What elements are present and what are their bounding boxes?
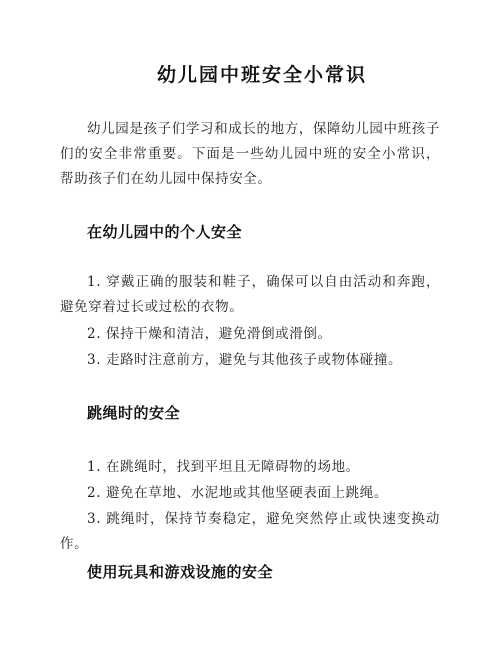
- section-heading-personal-safety: 在幼儿园中的个人安全: [87, 221, 242, 243]
- list-item: 2. 避免在草地、水泥地或其他坚硬表面上跳绳。: [60, 481, 440, 506]
- list-item: 3. 跳绳时，保持节奏稳定，避免突然停止或快速变换动作。: [60, 507, 440, 557]
- intro-paragraph: 幼儿园是孩子们学习和成长的地方，保障幼儿园中班孩子们的安全非常重要。下面是一些幼…: [60, 117, 440, 192]
- section-heading-jump-rope-safety: 跳绳时的安全: [87, 402, 180, 424]
- list-item: 1. 穿戴正确的服装和鞋子，确保可以自由活动和奔跑，避免穿着过长或过松的衣物。: [60, 270, 440, 320]
- page-title: 幼儿园中班安全小常识: [60, 62, 464, 88]
- list-item: 2. 保持干燥和清洁，避免滑倒或滑倒。: [60, 322, 440, 347]
- section-heading-toys-facilities-safety: 使用玩具和游戏设施的安全: [87, 561, 273, 583]
- list-item: 1. 在跳绳时，找到平坦且无障碍物的场地。: [60, 455, 440, 480]
- list-item: 3. 走路时注意前方，避免与其他孩子或物体碰撞。: [60, 348, 440, 373]
